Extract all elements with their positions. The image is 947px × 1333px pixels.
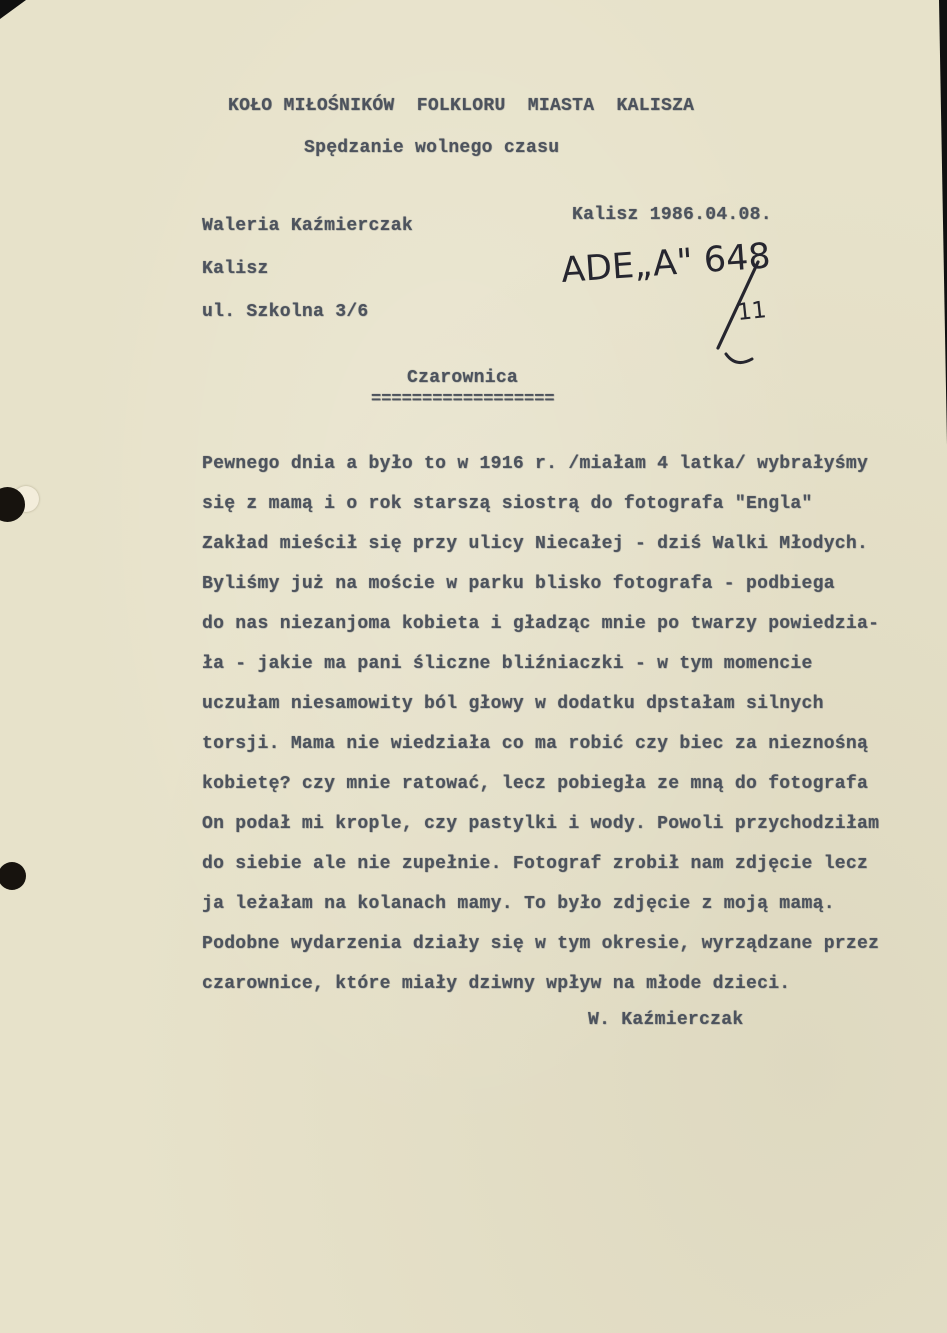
body-line: do nas niezanjoma kobieta i gładząc mnie… <box>202 604 879 644</box>
body-line: Byliśmy już na moście w parku blisko fot… <box>202 564 879 604</box>
body-line: kobietę? czy mnie ratować, lecz pobiegła… <box>202 764 879 804</box>
document-page: KOŁO MIŁOŚNIKÓW FOLKLORU MIASTA KALISZA … <box>0 0 947 1333</box>
body-line: czarownice, które miały dziwny wpływ na … <box>202 964 879 1004</box>
handwritten-annotation: ADE„A" 648 11 <box>560 236 820 376</box>
body-line: On podał mi krople, czy pastylki i wody.… <box>202 804 879 844</box>
body-line: torsji. Mama nie wiedziała co ma robić c… <box>202 724 879 764</box>
body-line: Pewnego dnia a było to w 1916 r. /miałam… <box>202 444 879 484</box>
sender-name: Waleria Kaźmierczak <box>202 205 413 248</box>
body-line: Podobne wydarzenia działy się w tym okre… <box>202 924 879 964</box>
body-line: uczułam niesamowity ból głowy w dodatku … <box>202 684 879 724</box>
punch-hole-bottom <box>0 862 26 890</box>
sender-city: Kalisz <box>202 248 269 291</box>
body-line: Zakład mieścił się przy ulicy Niecałej -… <box>202 524 879 564</box>
organization-title: KOŁO MIŁOŚNIKÓW FOLKLORU MIASTA KALISZA <box>228 96 694 116</box>
scan-background: KOŁO MIŁOŚNIKÓW FOLKLORU MIASTA KALISZA … <box>0 0 947 1333</box>
handwritten-sub-number: 11 <box>736 297 768 326</box>
body-line: do siebie ale nie zupełnie. Fotograf zro… <box>202 844 879 884</box>
body-line: ja leżałam na kolanach mamy. To było zdj… <box>202 884 879 924</box>
story-title: Czarownica <box>407 368 518 388</box>
signature: W. Kaźmierczak <box>588 1010 743 1030</box>
document-subtitle: Spędzanie wolnego czasu <box>304 138 559 158</box>
story-title-underline: ================== <box>371 390 555 409</box>
handwritten-flourish <box>726 354 752 363</box>
story-body: Pewnego dnia a było to w 1916 r. /miałam… <box>202 444 879 1004</box>
sender-street: ul. Szkolna 3/6 <box>202 291 369 334</box>
body-line: się z mamą i o rok starszą siostrą do fo… <box>202 484 879 524</box>
handwritten-archive-code: ADE„A" 648 <box>560 236 772 291</box>
body-line: ła - jakie ma pani śliczne bliźniaczki -… <box>202 644 879 684</box>
dateline: Kalisz 1986.04.08. <box>572 205 772 225</box>
